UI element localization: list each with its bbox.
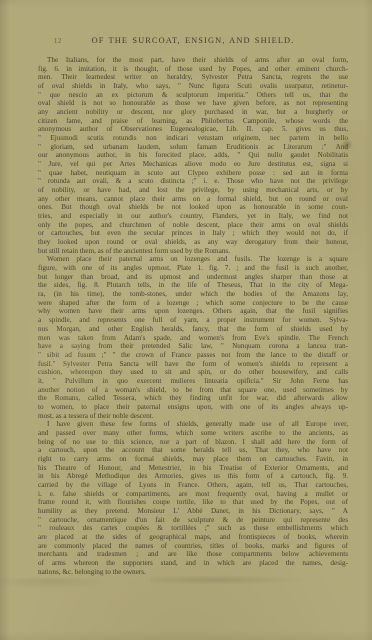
text-line: ra, (in his time), the tomb-stones, unde… bbox=[38, 290, 348, 299]
text-line: " que nescio an ex pictorum & sculptorum… bbox=[38, 91, 348, 100]
paper-stain bbox=[150, 575, 310, 585]
text-line: in his Abregé Methodique des Armories, g… bbox=[38, 472, 348, 481]
text-line: are placed at the sides of geographical … bbox=[38, 533, 348, 542]
scanned-book-page: 12 OF THE SURCOAT, ENSIGN, AND SHIELD. T… bbox=[0, 0, 372, 640]
running-title: OF THE SURCOAT, ENSIGN, AND SHIELD. bbox=[38, 36, 348, 45]
text-line: any ancient nobility or descent, nor glo… bbox=[38, 108, 348, 117]
text-line: oval shield is not so honourable as thos… bbox=[38, 99, 348, 108]
text-line: " quae habet, neutiquam in scuto aut Cly… bbox=[38, 169, 348, 178]
text-line: his Theatre of Honour, and Menestrier, i… bbox=[38, 464, 348, 473]
text-line: tries, and especially in our author's co… bbox=[38, 212, 348, 221]
text-line: and passed over many other forms, which … bbox=[38, 429, 348, 438]
text-block: The Italians, for the most part, have th… bbox=[38, 56, 348, 576]
text-line: The Italians, for the most part, have th… bbox=[38, 56, 348, 65]
text-line: men was taken from Adam's spade, and wom… bbox=[38, 334, 348, 343]
text-line: i. e. false shields or compartiments, ar… bbox=[38, 490, 348, 499]
text-line: ones. But though oval shields be not loo… bbox=[38, 203, 348, 212]
text-line: it, " Pulvillum in quo exercent mulieres… bbox=[38, 377, 348, 386]
text-line: have a saying from their pretended Salic… bbox=[38, 342, 348, 351]
text-line: humility as they pretend. Monsieur L' Ab… bbox=[38, 507, 348, 516]
text-line: " sibit ad fusum ;" " the crown of Franc… bbox=[38, 351, 348, 360]
text-line: the sides, fig. 8. Plutarch tells, in th… bbox=[38, 281, 348, 290]
text-line: our anonymous author, in his forecited p… bbox=[38, 151, 348, 160]
text-line: cushion, whereupon they used to sit and … bbox=[38, 368, 348, 377]
text-line: " Ejusmodi scutis rotundis non indicari … bbox=[38, 134, 348, 143]
text-line: merchants and tradesmen ; and are like t… bbox=[38, 550, 348, 559]
text-line: were shaped after the form of a lozenge … bbox=[38, 299, 348, 308]
text-line: " rotunda aut ovali, & a scuto distincta… bbox=[38, 177, 348, 186]
text-line: of nobility, or have had, and lost the p… bbox=[38, 186, 348, 195]
text-line: being of no use to this science, nor a p… bbox=[38, 438, 348, 447]
text-line: any other means, cannot place their arms… bbox=[38, 195, 348, 204]
text-line: a cartouch, upon the account that some h… bbox=[38, 446, 348, 455]
text-line: why women have their arms upon lozenges.… bbox=[38, 307, 348, 316]
text-line: to women, to place their paternal ensign… bbox=[38, 403, 348, 412]
text-line: another notion of a woman's shield, to b… bbox=[38, 386, 348, 395]
text-line: most, as a tessera of their noble descen… bbox=[38, 412, 348, 421]
text-line: " gloriam, sed urbanam laudem, solum fam… bbox=[38, 143, 348, 152]
text-line: or cartouches, but even the secular prin… bbox=[38, 229, 348, 238]
text-line: nus Morgan, and other English heralds, f… bbox=[38, 325, 348, 334]
text-line: they looked upon round or oval shields, … bbox=[38, 238, 348, 247]
paper-stain bbox=[0, 578, 110, 590]
text-line: of oval shields in Italy, who says, " Nu… bbox=[38, 82, 348, 91]
page-header: 12 OF THE SURCOAT, ENSIGN, AND SHIELD. bbox=[38, 36, 348, 48]
text-line: anonymous author of Observationes Eugene… bbox=[38, 125, 348, 134]
text-line: right to carry arms on formal shields, m… bbox=[38, 455, 348, 464]
text-line: " rouleaux des cartes coupées & tortillé… bbox=[38, 524, 348, 533]
text-line: citizen fame, and praise of learning, as… bbox=[38, 117, 348, 126]
text-line: of arms whereon the supporters stand, an… bbox=[38, 559, 348, 568]
text-line: only the popes, and churchmen of noble d… bbox=[38, 221, 348, 230]
text-line: Women place their paternal arms on lozen… bbox=[38, 255, 348, 264]
text-line: fig. 6. in imitation, it is thought, of … bbox=[38, 65, 348, 74]
text-line: I have given these few forms of shields,… bbox=[38, 420, 348, 429]
text-line: frame round it, with flourishes coupe to… bbox=[38, 498, 348, 507]
paragraph: The Italians, for the most part, have th… bbox=[38, 56, 348, 255]
text-line: nations, &c. belonging to the owners. bbox=[38, 568, 348, 577]
text-line: the Romans, called Tessera, which they f… bbox=[38, 394, 348, 403]
text-line: but still retain them, as of the ancient… bbox=[38, 247, 348, 256]
text-line: figure, with one of its angles upmost, P… bbox=[38, 264, 348, 273]
paragraph: I have given these few forms of shields,… bbox=[38, 420, 348, 576]
text-line: carried by the village of Lyons in Franc… bbox=[38, 481, 348, 490]
text-line: a spindle, and represents one full of ya… bbox=[38, 316, 348, 325]
text-line: men. Their learnedest writer on heraldry… bbox=[38, 73, 348, 82]
text-line: " Jure, vel qui per Artes Mechanicas ali… bbox=[38, 160, 348, 169]
text-line: fusil." Sylvester Petra Sancta will have… bbox=[38, 360, 348, 369]
text-line: are commonly placed the names of countri… bbox=[38, 542, 348, 551]
text-line: but longer than broad, and its upmost an… bbox=[38, 273, 348, 282]
paragraph: Women place their paternal arms on lozen… bbox=[38, 255, 348, 420]
text-line: " cartouche, ornamentique d'un fait de s… bbox=[38, 516, 348, 525]
